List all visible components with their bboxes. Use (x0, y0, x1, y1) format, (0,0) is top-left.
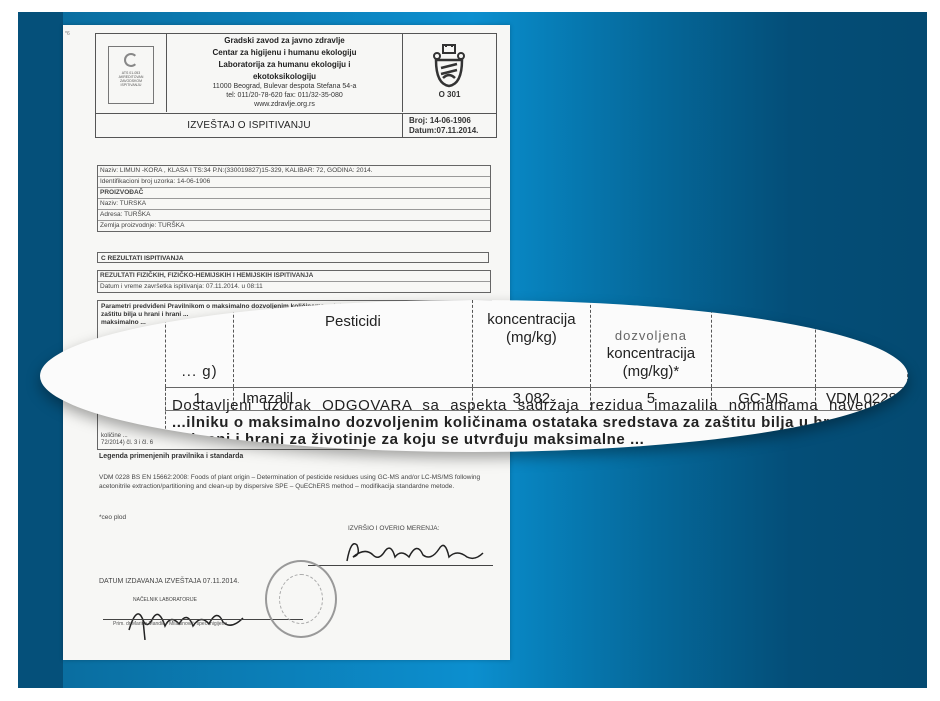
accreditation-cell: ATS 01-053 AKREDITOVAN ZAVODSKOM ISPITIV… (96, 34, 167, 112)
results-section-title: C REZULTATI ISPITIVANJA (97, 252, 489, 263)
form-code: O 301 (403, 90, 496, 99)
conclusion-line: Dostavljeni uzorak ODGOVARA sa aspekta s… (172, 397, 908, 414)
magnified-results-oval: ... g) Pesticidi koncentracija (mg/kg) d… (40, 300, 908, 452)
conclusion-text: Dostavljeni uzorak ODGOVARA sa aspekta s… (165, 397, 908, 448)
producer-title: PROIZVOĐAČ (98, 188, 490, 199)
issue-date: DATUM IZDAVANJA IZVEŠTAJA 07.11.2014. (99, 578, 239, 585)
tests-box: REZULTATI FIZIČKIH, FIZIČKO-HEMIJSKIH I … (97, 270, 491, 293)
lab-head-signature (123, 600, 253, 640)
header-text: (mg/kg)* (591, 363, 711, 381)
sample-name: Naziv: LIMUN -KORA , KLASA I TS:34 P.N:(… (98, 166, 490, 177)
sample-id: Identifikacioni broj uzorka: 14-06-1906 (98, 177, 490, 188)
producer-country: Zemlja proizvodnje: TURŠKA (98, 221, 490, 231)
conclusion-line: ...ilniku o maksimalno dozvoljenim količ… (172, 414, 908, 431)
institute-contact: tel: 011/20-78-620 fax: 011/32-35-080 (167, 91, 402, 100)
header-text: koncentracija (473, 311, 591, 329)
institute-line: Gradski zavod za javno zdravlje (167, 36, 402, 46)
report-header: ATS 01-053 AKREDITOVAN ZAVODSKOM ISPITIV… (95, 33, 497, 138)
legend-text: VDM 0228 BS EN 15662:2008: Foods of plan… (99, 473, 489, 491)
header-text: (mg/kg) (473, 329, 591, 347)
signature-line (308, 565, 493, 566)
conclusion-line: ... hrani i hrani za životinje za koju s… (172, 431, 908, 448)
institute-line: ekotoksikologiju (167, 72, 402, 82)
legend-title: Legenda primenjenih pravilnika i standar… (99, 453, 243, 460)
coat-of-arms-cell: O 301 (403, 34, 496, 112)
report-date: Datum:07.11.2014. (409, 126, 490, 136)
legend-footnote: *ceo plod (99, 514, 126, 521)
institute-info: Gradski zavod za javno zdravlje Centar z… (167, 34, 403, 112)
producer-name: Naziv: TURSKA (98, 199, 490, 210)
official-stamp (265, 560, 337, 638)
col-header-concentration: koncentracija (mg/kg) (472, 300, 591, 388)
institute-line: Laboratorija za humanu ekologiju i (167, 60, 402, 70)
magnified-content: ... g) Pesticidi koncentracija (mg/kg) d… (40, 300, 908, 452)
col-header-allowed: dozvoljena koncentracija (mg/kg)* (591, 300, 712, 388)
col-header-technique: Tehnika (711, 300, 815, 388)
table-header-row: ... g) Pesticidi koncentracija (mg/kg) d… (166, 300, 908, 388)
header-text: dozvoljena (591, 327, 711, 345)
producer-address: Adresa: TURŠKA (98, 210, 490, 221)
institute-address: 11000 Beograd, Bulevar despota Stefana 5… (167, 82, 402, 91)
lab-head-name: Prim. dr Marina Mandić - Miladinović, sp… (113, 621, 227, 627)
ats-accreditation-icon (124, 53, 138, 67)
analyst-signature (343, 535, 493, 567)
page-mark: *6 (65, 31, 70, 37)
performed-by-label: IZVRŠIO I OVERIO MERENJA: (348, 525, 439, 532)
institute-line: Centar za higijenu i humanu ekologiju (167, 48, 402, 58)
report-title: IZVEŠTAJ O ISPITIVANJU (96, 113, 403, 138)
report-number: Broj: 14-06-1906 (409, 116, 490, 126)
header-text: koncentracija (591, 345, 711, 363)
col-header-pesticide: Pesticidi (234, 300, 472, 388)
tests-completed: Datum i vreme završetka ispitivanja: 07.… (98, 282, 490, 292)
tests-title: REZULTATI FIZIČKIH, FIZIČKO-HEMIJSKIH I … (98, 271, 490, 282)
pesticide-results-table: ... g) Pesticidi koncentracija (mg/kg) d… (165, 300, 908, 411)
accreditation-logo: ATS 01-053 AKREDITOVAN ZAVODSKOM ISPITIV… (108, 46, 154, 104)
report-number-date: Broj: 14-06-1906 Datum:07.11.2014. (403, 113, 496, 137)
sample-info-box: Naziv: LIMUN -KORA , KLASA I TS:34 P.N:(… (97, 165, 491, 232)
belgrade-coat-of-arms-icon (433, 44, 465, 88)
col-header-method (815, 300, 907, 388)
col-header-no: ... g) (166, 300, 234, 388)
institute-website: www.zdravlje.org.rs (167, 100, 402, 109)
accreditation-text: ATS 01-053 AKREDITOVAN ZAVODSKOM ISPITIV… (111, 71, 151, 87)
